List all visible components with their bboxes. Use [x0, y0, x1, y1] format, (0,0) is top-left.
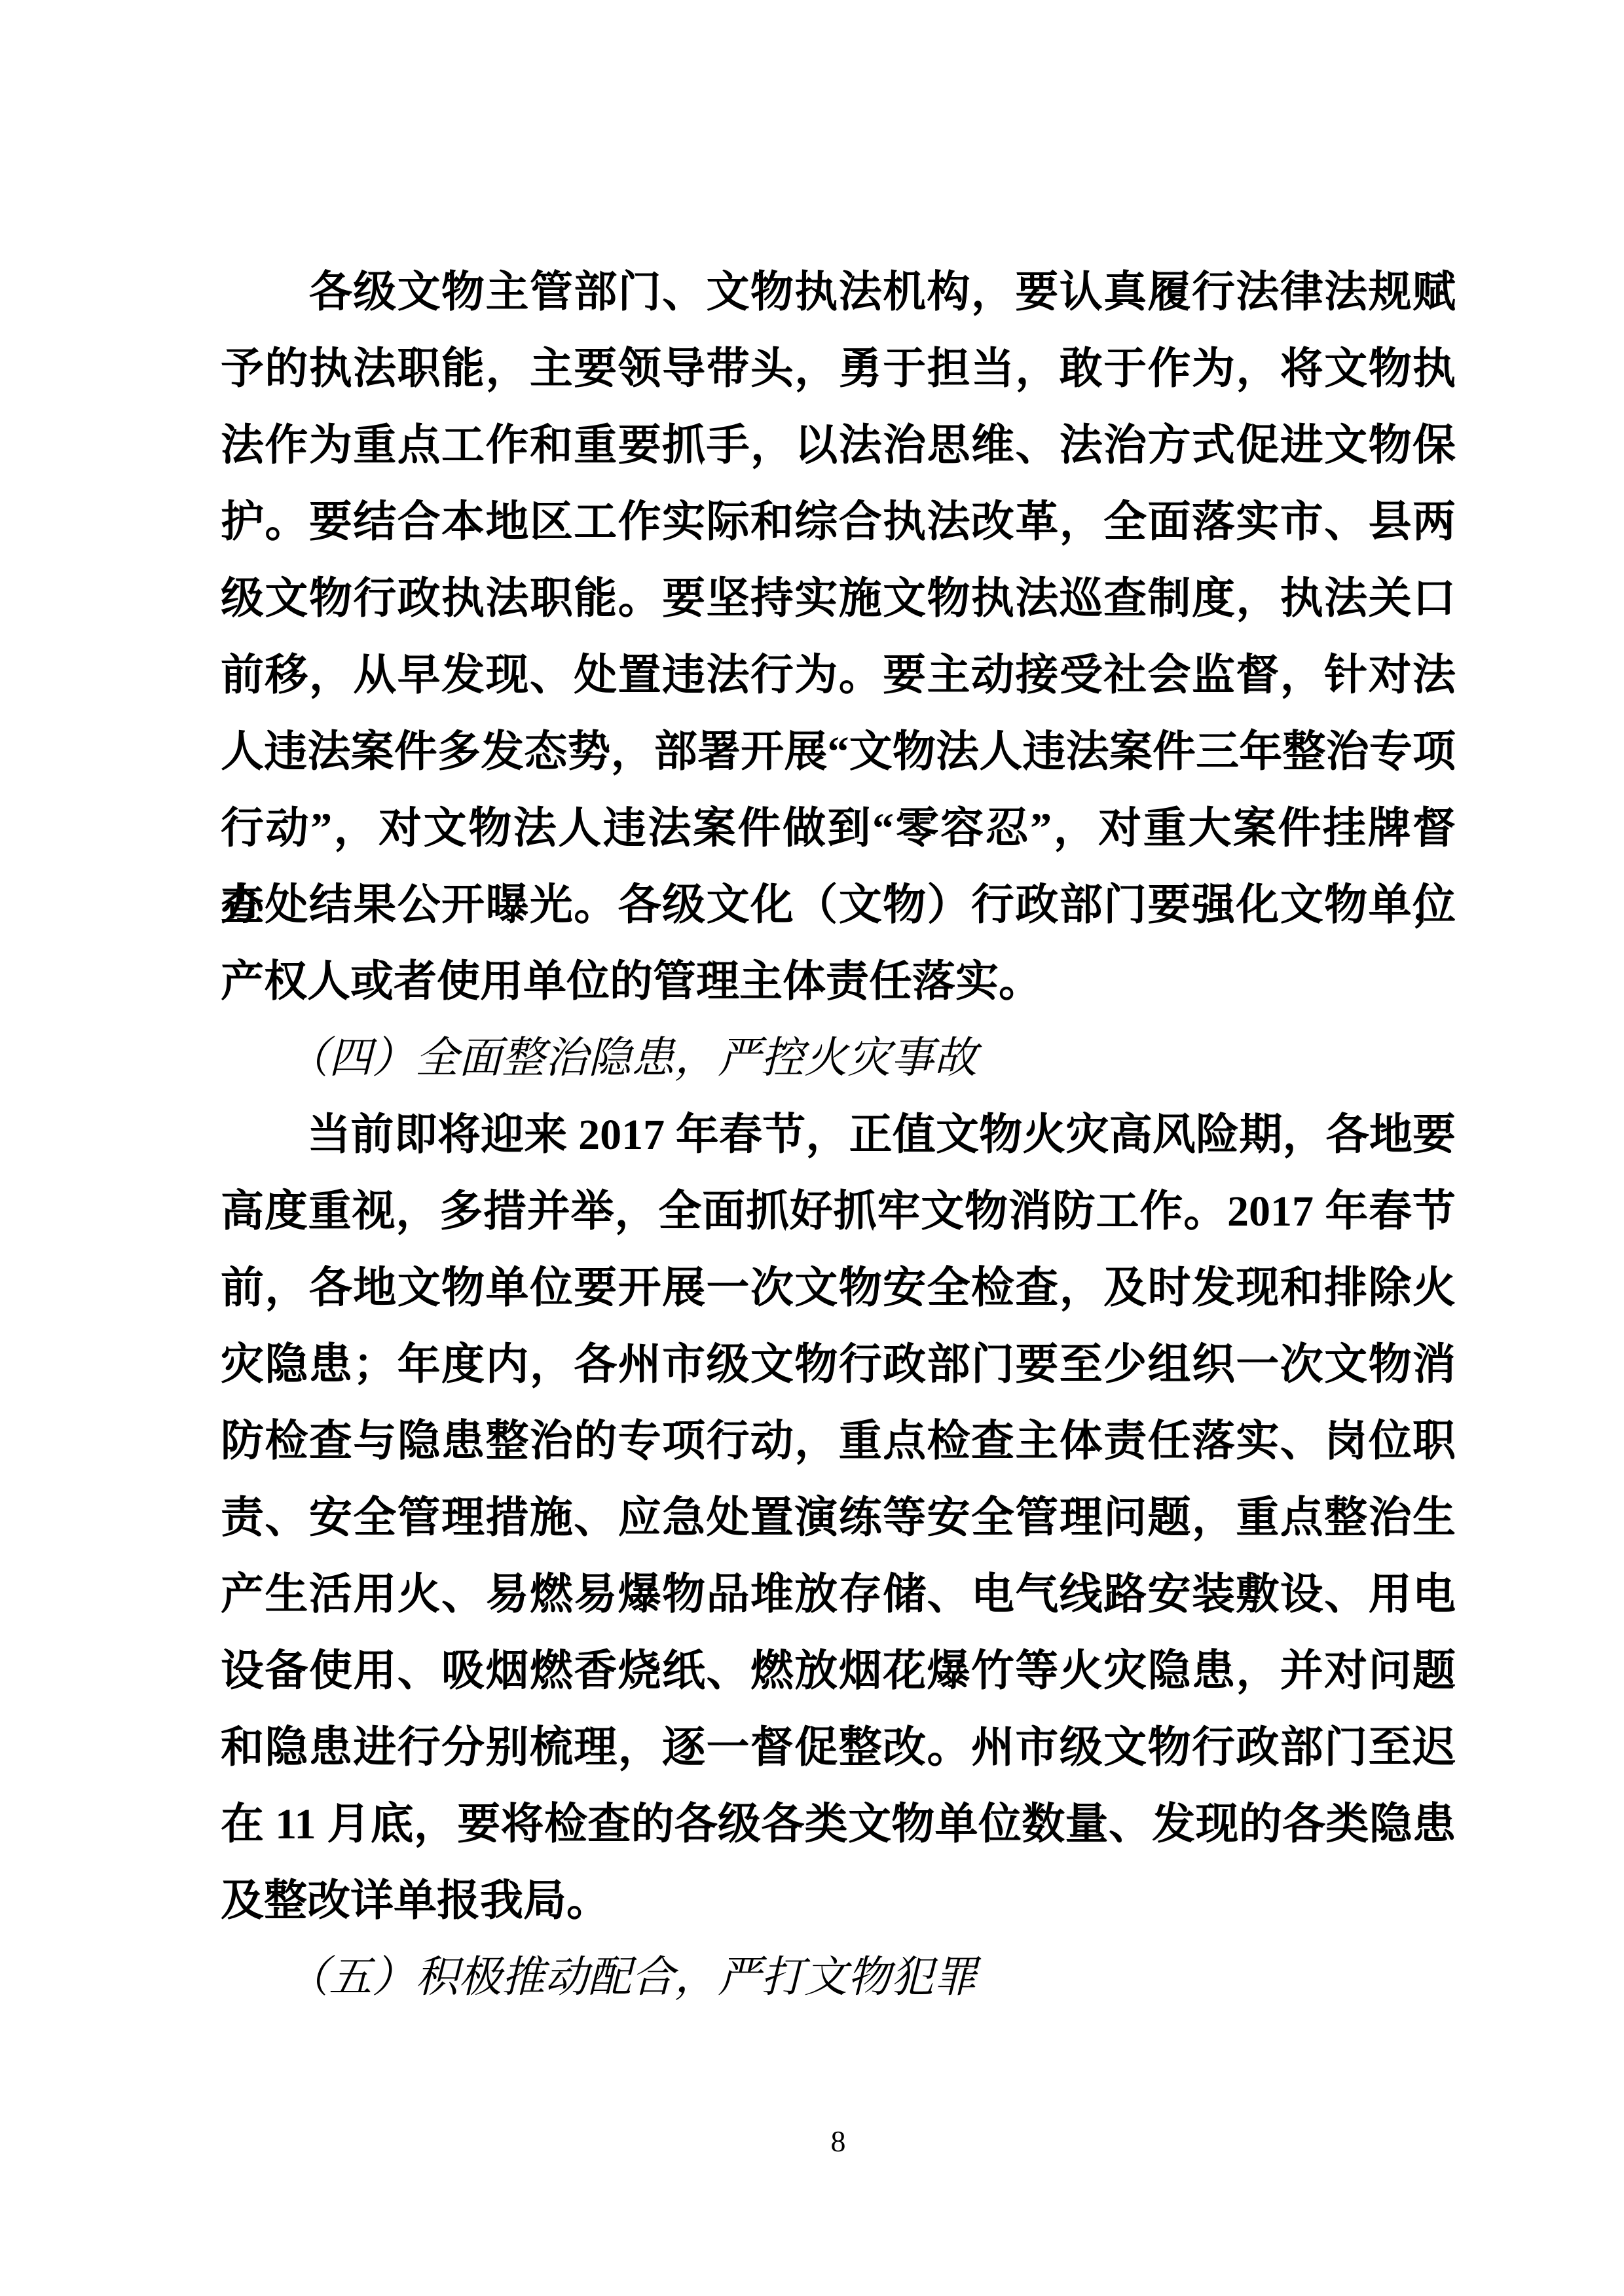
text-line: 设备使用、吸烟燃香烧纸、燃放烟花爆竹等火灾隐患，并对问题 [221, 1633, 1456, 1709]
section-heading-line: （四）全面整治隐患，严控火灾事故 [221, 1020, 1456, 1097]
text-line: 法作为重点工作和重要抓手，以法治思维、法治方式促进文物保 [221, 407, 1456, 484]
text-line: 护。要结合本地区工作实际和综合执法改革，全面落实市、县两 [221, 484, 1456, 560]
document-body: 各级文物主管部门、文物执法机构，要认真履行法律法规赋予的执法职能，主要领导带头，… [221, 254, 1456, 2016]
text-line: 各级文物主管部门、文物执法机构，要认真履行法律法规赋 [221, 254, 1456, 331]
text-line: 前，各地文物单位要开展一次文物安全检查，及时发现和排除火 [221, 1250, 1456, 1326]
text-line: 责、安全管理措施、应急处置演练等安全管理问题，重点整治生 [221, 1480, 1456, 1556]
text-line: 前移，从早发现、处置违法行为。要主动接受社会监督，针对法 [221, 637, 1456, 714]
text-line: 级文物行政执法职能。要坚持实施文物执法巡查制度，执法关口 [221, 560, 1456, 637]
document-page: 各级文物主管部门、文物执法机构，要认真履行法律法规赋予的执法职能，主要领导带头，… [0, 0, 1624, 2296]
text-line: 在 11 月底，要将检查的各级各类文物单位数量、发现的各类隐患 [221, 1786, 1456, 1863]
text-line: 行动”，对文物法人违法案件做到“零容忍”，对重大案件挂牌督办， [221, 790, 1456, 867]
text-line: 和隐患进行分别梳理，逐一督促整改。州市级文物行政部门至迟 [221, 1709, 1456, 1786]
text-line: 人违法案件多发态势，部署开展“文物法人违法案件三年整治专项 [221, 714, 1456, 790]
text-line: 高度重视，多措并举，全面抓好抓牢文物消防工作。2017 年春节 [221, 1173, 1456, 1250]
text-line: 予的执法职能，主要领导带头，勇于担当，敢于作为，将文物执 [221, 331, 1456, 407]
text-line: 产生活用火、易燃易爆物品堆放存储、电气线路安装敷设、用电 [221, 1556, 1456, 1633]
text-line: 产权人或者使用单位的管理主体责任落实。 [221, 943, 1456, 1020]
text-line: 及整改详单报我局。 [221, 1863, 1456, 1939]
section-heading-line: （五）积极推动配合，严打文物犯罪 [221, 1939, 1456, 2016]
page-number: 8 [221, 2126, 1456, 2157]
text-line: 灾隐患；年度内，各州市级文物行政部门要至少组织一次文物消 [221, 1326, 1456, 1403]
text-line: 当前即将迎来 2017 年春节，正值文物火灾高风险期，各地要 [221, 1097, 1456, 1173]
text-line: 防检查与隐患整治的专项行动，重点检查主体责任落实、岗位职 [221, 1403, 1456, 1480]
text-line: 查处结果公开曝光。各级文化（文物）行政部门要强化文物单位 [221, 867, 1456, 943]
